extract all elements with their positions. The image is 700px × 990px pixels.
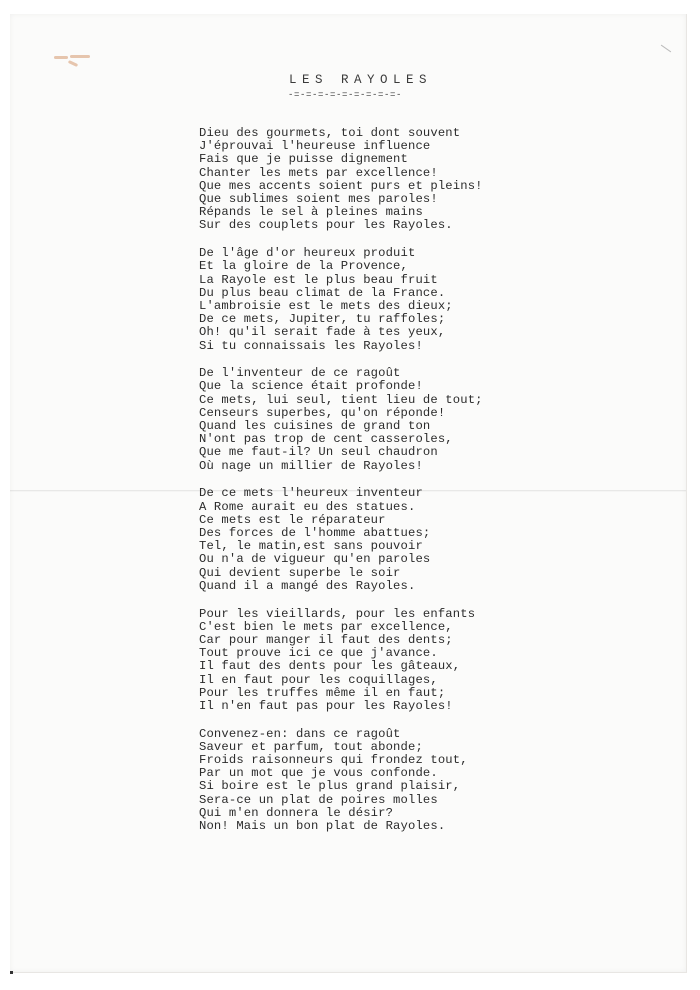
ink-stain — [54, 52, 94, 68]
poem-line: Il faut des dents pour les gâteaux, — [199, 660, 519, 673]
poem-line: Non! Mais un bon plat de Rayoles. — [199, 820, 519, 833]
poem-line: Si boire est le plus grand plaisir, — [199, 780, 519, 793]
stanza: Convenez-en: dans ce ragoûtSaveur et par… — [199, 728, 519, 834]
poem-line: Et la gloire de la Provence, — [199, 260, 519, 273]
poem-line: Ce mets est le réparateur — [199, 514, 519, 527]
stanza: De ce mets l'heureux inventeurA Rome aur… — [199, 487, 519, 593]
poem-line: Il en faut pour les coquillages, — [199, 674, 519, 687]
poem-line: Quand il a mangé des Rayoles. — [199, 580, 519, 593]
corner-crease — [661, 45, 671, 53]
poem-line: De ce mets l'heureux inventeur — [199, 487, 519, 500]
poem-line: Si tu connaissais les Rayoles! — [199, 340, 519, 353]
poem-line: Ce mets, lui seul, tient lieu de tout; — [199, 394, 519, 407]
poem-line: Il n'en faut pas pour les Rayoles! — [199, 700, 519, 713]
poem-line: Oh! qu'il serait fade à tes yeux, — [199, 326, 519, 339]
stanza: Dieu des gourmets, toi dont souventJ'épr… — [199, 127, 519, 233]
poem-line: Pour les truffes même il en faut; — [199, 687, 519, 700]
poem-line: Que me faut-il? Un seul chaudron — [199, 446, 519, 459]
poem-line: La Rayole est le plus beau fruit — [199, 274, 519, 287]
poem-line: Que la science était profonde! — [199, 380, 519, 393]
poem-line: Fais que je puisse dignement — [199, 153, 519, 166]
poem-line: Ou n'a de vigueur qu'en paroles — [199, 553, 519, 566]
page-title: LES RAYOLES — [289, 73, 432, 87]
poem-line: Sur des couplets pour les Rayoles. — [199, 219, 519, 232]
stanza: De l'âge d'or heureux produitEt la gloir… — [199, 247, 519, 353]
poem-line: Convenez-en: dans ce ragoût — [199, 728, 519, 741]
stanza: De l'inventeur de ce ragoûtQue la scienc… — [199, 367, 519, 473]
poem-line: A Rome aurait eu des statues. — [199, 501, 519, 514]
poem-line: C'est bien le mets par excellence, — [199, 621, 519, 634]
poem-line: Où nage un millier de Rayoles! — [199, 460, 519, 473]
poem-line: Qui devient superbe le soir — [199, 567, 519, 580]
title-underline: -=-=-=-=-=-=-=-=-=- — [288, 90, 402, 100]
poem-line: Chanter les mets par excellence! — [199, 167, 519, 180]
poem-body: Dieu des gourmets, toi dont souventJ'épr… — [199, 127, 519, 848]
stanza: Pour les vieillards, pour les enfantsC'e… — [199, 608, 519, 714]
poem-line: Sera-ce un plat de poires molles — [199, 794, 519, 807]
poem-line: Du plus beau climat de la France. — [199, 287, 519, 300]
scan-mark — [10, 971, 13, 974]
poem-line: Pour les vieillards, pour les enfants — [199, 608, 519, 621]
